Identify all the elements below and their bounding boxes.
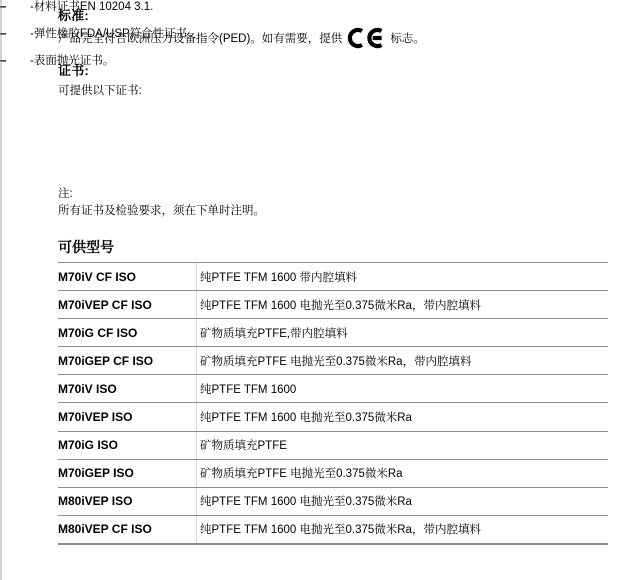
table-row: M70iV ISO 纯PTFE TFM 1600 xyxy=(58,374,608,402)
certificates-intro: 可提供以下证书: xyxy=(58,84,142,98)
model-name: M70iGEP ISO xyxy=(58,460,196,487)
model-name: M70iG CF ISO xyxy=(58,319,196,346)
page-left-edge xyxy=(0,0,2,580)
certificates-list: – -材料证书EN 10204 3.1. – -弹性橡胶FDA/USP符合性证书… xyxy=(0,0,500,69)
model-name: M70iVEP CF ISO xyxy=(58,291,196,318)
table-row: M70iV CF ISO 纯PTFE TFM 1600 带内腔填料 xyxy=(58,262,608,290)
table-row: M80iVEP CF ISO 纯PTFE TFM 1600 电抛光至0.375微… xyxy=(58,515,608,543)
certificate-item-text: -表面抛光证书。 xyxy=(30,55,114,67)
model-description: 矿物质填充PTFE 电抛光至0.375微米Ra xyxy=(196,460,608,487)
model-description: 矿物质填充PTFE 电抛光至0.375微米Ra，带内腔填料 xyxy=(196,347,608,374)
table-row: M80iVEP ISO 纯PTFE TFM 1600 电抛光至0.375微米Ra xyxy=(58,487,608,515)
list-item: – -材料证书EN 10204 3.1. xyxy=(0,0,500,15)
dash-bullet-icon: – xyxy=(0,27,6,42)
model-description: 矿物质填充PTFE xyxy=(196,432,608,459)
table-row: M70iVEP CF ISO 纯PTFE TFM 1600 电抛光至0.375微… xyxy=(58,290,608,318)
table-row: M70iGEP ISO 矿物质填充PTFE 电抛光至0.375微米Ra xyxy=(58,459,608,487)
table-row: M70iG ISO 矿物质填充PTFE xyxy=(58,431,608,459)
models-table: M70iV CF ISO 纯PTFE TFM 1600 带内腔填料 M70iVE… xyxy=(58,262,608,545)
model-description: 纯PTFE TFM 1600 电抛光至0.375微米Ra，带内腔填料 xyxy=(196,516,608,543)
list-item: – -表面抛光证书。 xyxy=(0,54,500,69)
model-description: 纯PTFE TFM 1600 电抛光至0.375微米Ra xyxy=(196,488,608,515)
model-description: 纯PTFE TFM 1600 电抛光至0.375微米Ra，带内腔填料 xyxy=(196,291,608,318)
table-row: M70iG CF ISO 矿物质填充PTFE,带内腔填料 xyxy=(58,318,608,346)
table-row: M70iVEP ISO 纯PTFE TFM 1600 电抛光至0.375微米Ra xyxy=(58,402,608,430)
certificate-item-text: -材料证书EN 10204 3.1. xyxy=(30,1,153,13)
model-name: M70iV CF ISO xyxy=(58,263,196,290)
model-description: 纯PTFE TFM 1600 xyxy=(196,375,608,402)
model-name: M80iVEP CF ISO xyxy=(58,516,196,543)
model-name: M70iVEP ISO xyxy=(58,403,196,430)
model-name: M70iG ISO xyxy=(58,432,196,459)
models-heading: 可供型号 xyxy=(58,239,114,256)
model-description: 纯PTFE TFM 1600 带内腔填料 xyxy=(196,263,608,290)
certificate-item-text: -弹性橡胶FDA/USP符合性证书。 xyxy=(30,28,199,40)
model-description: 纯PTFE TFM 1600 电抛光至0.375微米Ra xyxy=(196,403,608,430)
list-item: – -弹性橡胶FDA/USP符合性证书。 xyxy=(0,27,500,42)
model-name: M70iV ISO xyxy=(58,375,196,402)
note-text: 所有证书及检验要求，须在下单时注明。 xyxy=(58,204,265,218)
table-row: M70iGEP CF ISO 矿物质填充PTFE 电抛光至0.375微米Ra，带… xyxy=(58,346,608,374)
model-name: M70iGEP CF ISO xyxy=(58,347,196,374)
dash-bullet-icon: – xyxy=(0,0,6,15)
note-label: 注: xyxy=(58,187,73,201)
dash-bullet-icon: – xyxy=(0,54,6,69)
model-description: 矿物质填充PTFE,带内腔填料 xyxy=(196,319,608,346)
model-name: M80iVEP ISO xyxy=(58,488,196,515)
